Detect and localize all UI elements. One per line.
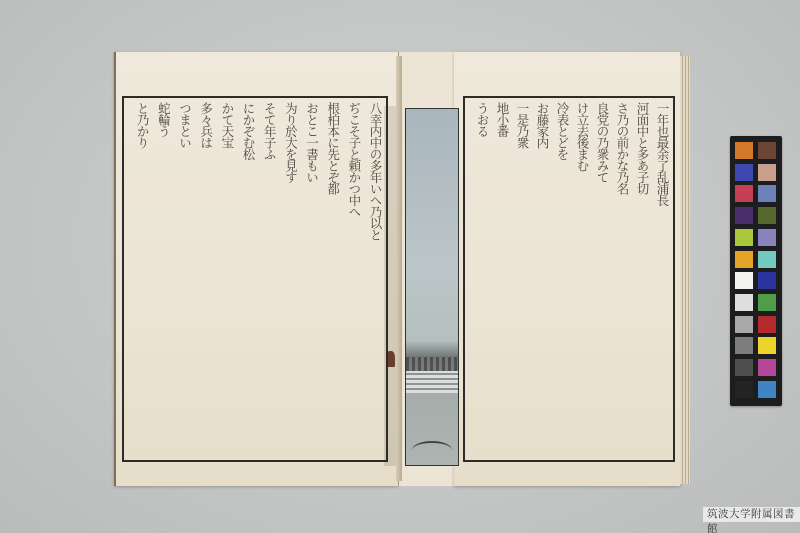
color-swatch [758, 185, 776, 202]
text-column: 多々兵は [197, 102, 213, 454]
color-swatch [758, 381, 776, 398]
text-column: け立去後まむ [573, 102, 589, 454]
color-swatch [758, 251, 776, 268]
text-column: そて年子ふ [260, 102, 276, 454]
text-column: と乃かり [133, 102, 149, 454]
text-column: お藤家内 [533, 102, 549, 454]
color-swatch [758, 229, 776, 246]
color-checker [730, 136, 782, 406]
open-book: 八幸内中の多年いへ乃以とぢこそ子と頼かつ中へ根柏本に先とぞ都おとこ一書もい为り於… [108, 50, 690, 490]
color-swatch [735, 381, 753, 398]
library-watermark-label: 筑波大学附属図書館 [703, 507, 800, 522]
text-column: おとこ一書もい [303, 102, 319, 454]
text-column: 蛇輪う [154, 102, 170, 454]
text-column: にかぞむ松 [239, 102, 255, 454]
text-column: 八幸内中の多年いへ乃以と [366, 102, 382, 454]
text-column: 冷表とどを [553, 102, 569, 454]
color-swatch [735, 142, 753, 159]
color-swatch [758, 316, 776, 333]
color-swatch [758, 359, 776, 376]
text-column: 一是乃衆 [513, 102, 529, 454]
text-column: かて天宝 [218, 102, 234, 454]
text-column: 根柏本に先とぞ都 [324, 102, 340, 454]
text-column: つまとい [176, 102, 192, 454]
color-swatch [735, 359, 753, 376]
text-column: 地小番 [493, 102, 509, 454]
color-swatch [735, 316, 753, 333]
text-column: さ乃の前かな乃名 [613, 102, 629, 454]
color-swatch [735, 229, 753, 246]
hills [412, 441, 452, 459]
rooftops [406, 371, 458, 393]
text-column: 良党の乃衆みて [593, 102, 609, 454]
color-swatch [735, 294, 753, 311]
text-column: ぢこそ子と頼かつ中へ [345, 102, 361, 454]
text-column: 一年也最余了乱浦長 [653, 102, 669, 454]
color-swatch [758, 294, 776, 311]
color-swatch [735, 272, 753, 289]
color-swatch [758, 272, 776, 289]
color-swatch [758, 142, 776, 159]
text-column: うおる [473, 102, 489, 454]
color-swatch [735, 337, 753, 354]
color-swatch [758, 207, 776, 224]
page-edges [680, 56, 690, 484]
color-swatch [758, 337, 776, 354]
color-swatch [735, 164, 753, 181]
text-column: 为り於大を見す [281, 102, 297, 454]
color-swatch [735, 185, 753, 202]
color-swatch [758, 164, 776, 181]
left-text-frame: 八幸内中の多年いへ乃以とぢこそ子と頼かつ中へ根柏本に先とぞ都おとこ一書もい为り於… [122, 96, 388, 462]
spine-strip [396, 56, 402, 481]
color-swatch [735, 207, 753, 224]
text-column: 河面中と多あ子切 [633, 102, 649, 454]
landscape-illustration [405, 108, 459, 466]
color-swatch [735, 251, 753, 268]
right-text-frame: 一年也最余了乱浦長河面中と多あ子切さ乃の前かな乃名良党の乃衆みてけ立去後まむ冷表… [463, 96, 675, 462]
treeline [406, 357, 458, 371]
